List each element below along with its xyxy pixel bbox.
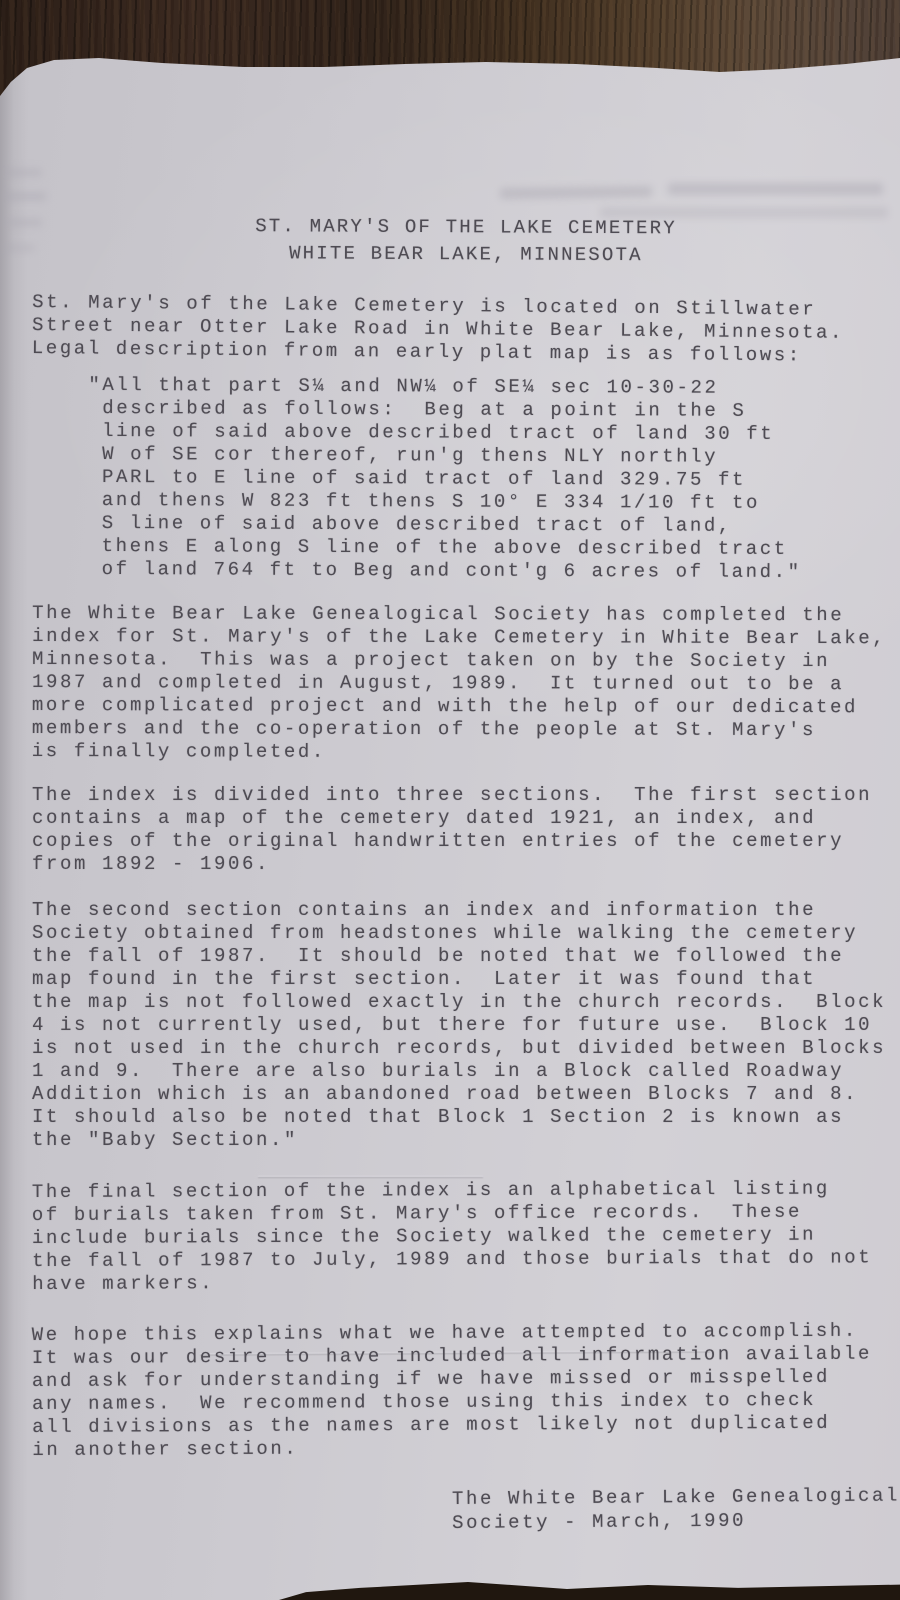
- text-line: in another section.: [32, 1434, 900, 1462]
- text-line: The White Bear Lake Genealogical Society…: [32, 602, 900, 627]
- text-line: the fall of 1987 to July, 1989 and those…: [32, 1246, 900, 1273]
- text-line: of land 764 ft to Beg and cont'g 6 acres…: [102, 558, 900, 584]
- signature-block: The White Bear Lake Genealogical Society…: [452, 1483, 900, 1535]
- text-line: 1 and 9. There are also burials in a Blo…: [32, 1060, 900, 1083]
- text-line: 4 is not currently used, but there for f…: [32, 1014, 900, 1037]
- title-line: WHITE BEAR LAKE, MINNESOTA: [32, 239, 900, 271]
- paragraph-closing: We hope this explains what we have attem…: [32, 1319, 900, 1462]
- text-line: thens E along S line of the above descri…: [102, 535, 900, 561]
- signature-line: Society - March, 1990: [452, 1507, 900, 1535]
- text-line: W of SE cor thereof, run'g thens NLY nor…: [102, 443, 900, 469]
- paragraph-second-section: The second section contains an index and…: [32, 899, 900, 1152]
- text-line: all divisions as the names are most like…: [32, 1411, 900, 1439]
- text-line: Society obtained from headstones while w…: [32, 922, 900, 945]
- text-line: index for St. Mary's of the Lake Cemeter…: [32, 625, 900, 650]
- text-line: Addition which is an abandoned road betw…: [32, 1083, 900, 1106]
- paragraph-index-sections: The index is divided into three sections…: [32, 784, 900, 876]
- text-line: copies of the original handwritten entri…: [32, 830, 900, 853]
- legal-description-quote: "All that part S¼ and NW¼ of SE¼ sec 10-…: [102, 374, 900, 584]
- text-line: more complicated project and with the he…: [32, 694, 900, 719]
- text-line: It should also be noted that Block 1 Sec…: [32, 1106, 900, 1129]
- text-line: the "Baby Section.": [32, 1129, 900, 1152]
- text-line: the fall of 1987. It should be noted tha…: [32, 945, 900, 968]
- text-line: from 1892 - 1906.: [32, 853, 900, 876]
- signature-line: The White Bear Lake Genealogical: [452, 1483, 900, 1511]
- text-line: have markers.: [32, 1269, 900, 1296]
- text-line: map found in the first section. Later it…: [32, 968, 900, 991]
- text-line: Minnesota. This was a project taken on b…: [32, 648, 900, 673]
- paragraph-final-section: The final section of the index is an alp…: [32, 1177, 900, 1296]
- text-line: line of said above described tract of la…: [102, 420, 900, 446]
- text-line: members and the co-operation of the peop…: [32, 717, 900, 742]
- text-line: The second section contains an index and…: [32, 899, 900, 922]
- text-line: PARL to E line of said tract of land 329…: [102, 466, 900, 492]
- text-line: the map is not followed exactly in the c…: [32, 991, 900, 1014]
- text-line: is finally completed.: [32, 740, 900, 765]
- text-line: is not used in the church records, but d…: [32, 1037, 900, 1060]
- paragraph-society-project: The White Bear Lake Genealogical Society…: [32, 602, 900, 765]
- typewritten-document: ST. MARY'S OF THE LAKE CEMETERY WHITE BE…: [32, 0, 900, 1535]
- text-line: The index is divided into three sections…: [32, 784, 900, 807]
- paragraph-location-intro: St. Mary's of the Lake Cemetery is locat…: [32, 291, 900, 368]
- text-line: S line of said above described tract of …: [102, 512, 900, 538]
- text-line: 1987 and completed in August, 1989. It t…: [32, 671, 900, 696]
- text-line: "All that part S¼ and NW¼ of SE¼ sec 10-…: [102, 374, 900, 400]
- paper-sheet: ST. MARY'S OF THE LAKE CEMETERY WHITE BE…: [0, 0, 900, 1600]
- bleedthrough-smudge: [5, 244, 35, 252]
- text-line: contains a map of the cemetery dated 192…: [32, 807, 900, 830]
- text-line: described as follows: Beg at a point in …: [102, 397, 900, 423]
- text-line: and thens W 823 ft thens S 10° E 334 1/1…: [102, 489, 900, 515]
- document-title: ST. MARY'S OF THE LAKE CEMETERY WHITE BE…: [32, 212, 900, 271]
